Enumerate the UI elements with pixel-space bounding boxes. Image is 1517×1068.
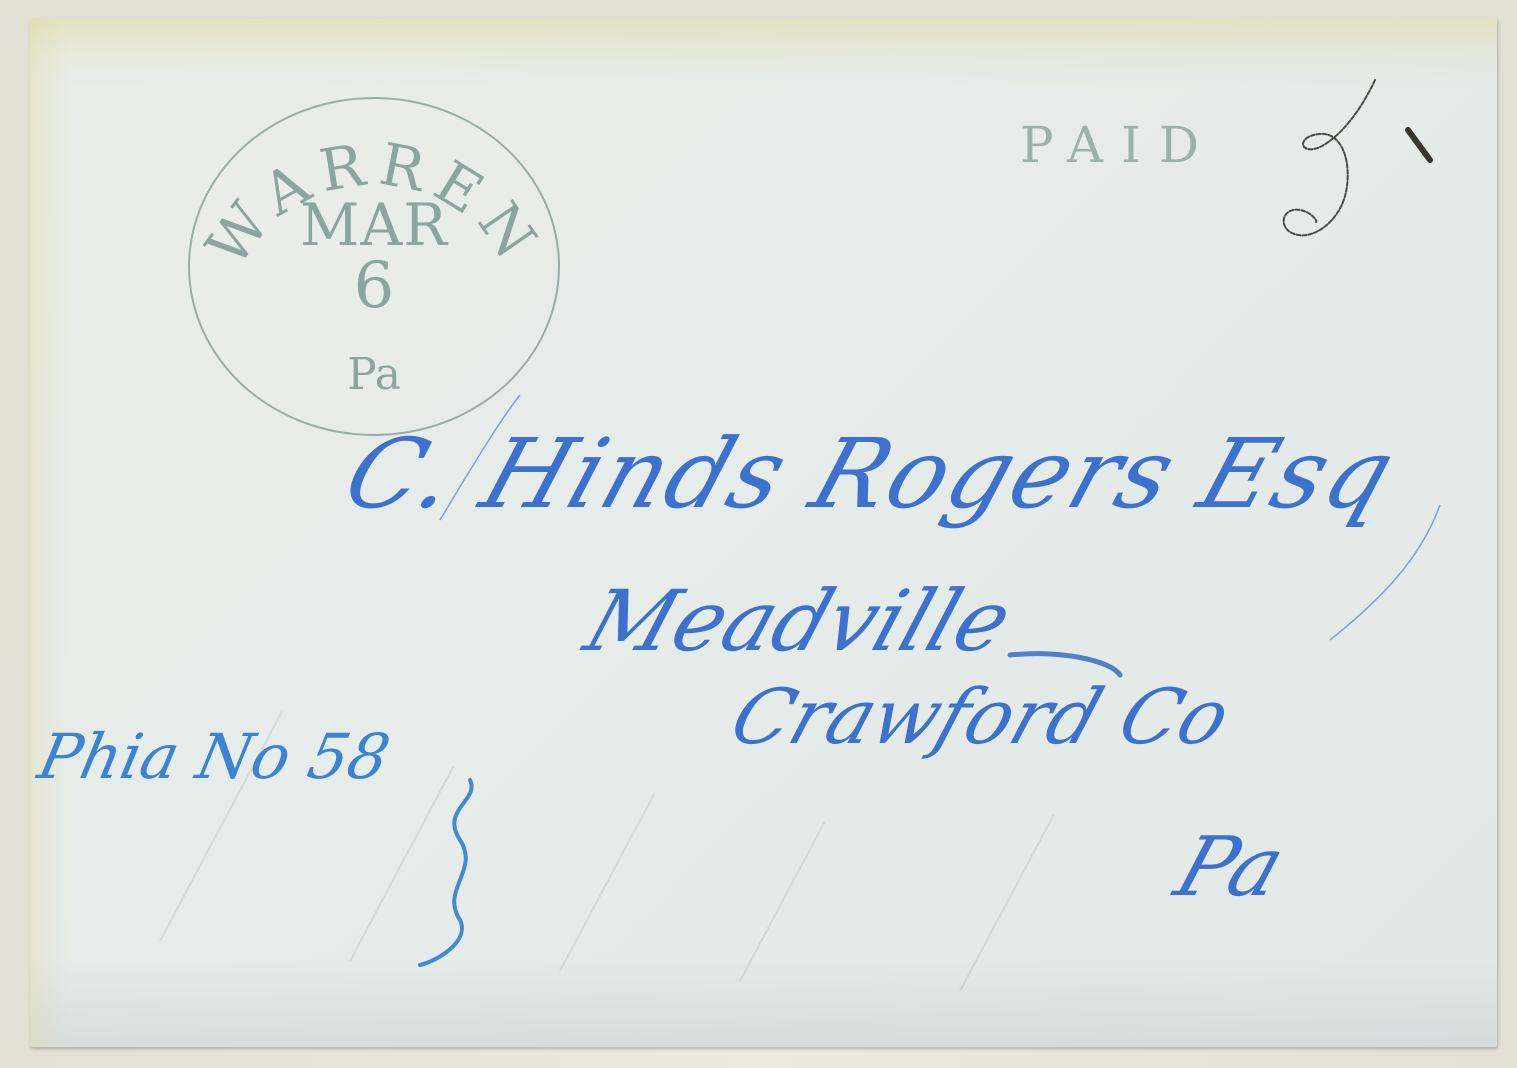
docket-flourish-icon bbox=[400, 770, 520, 970]
address-line-1: C. Hinds Rogers Esq bbox=[332, 418, 1410, 530]
paid-handstamp: PAID bbox=[1020, 116, 1217, 174]
manuscript-rate-5-icon bbox=[1280, 72, 1440, 252]
postmark-state: Pa bbox=[190, 349, 558, 400]
postmark-day: 6 bbox=[190, 249, 558, 323]
circular-postmark: WARREN MAR 6 Pa bbox=[188, 97, 560, 436]
address-line-3: Crawford Co bbox=[721, 672, 1242, 761]
address-line-2: Meadville bbox=[574, 572, 1023, 670]
docket-notation: Phia No 58 bbox=[32, 720, 396, 793]
